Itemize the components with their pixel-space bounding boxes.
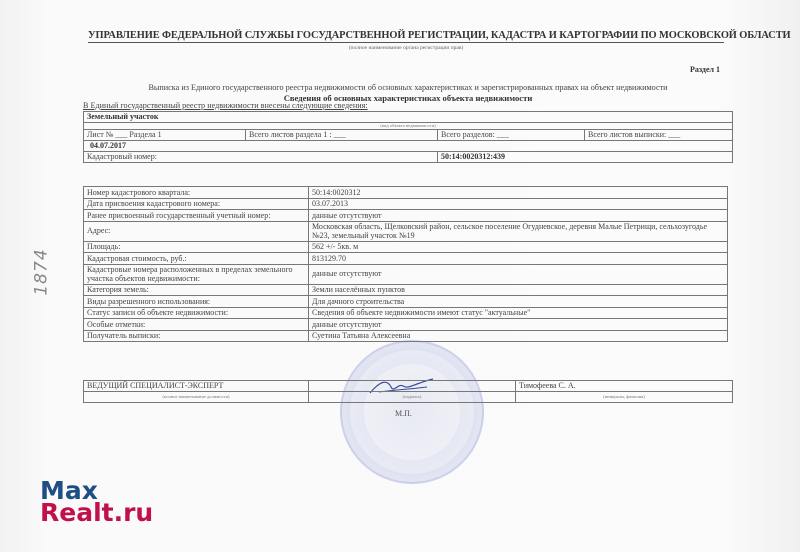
table-row: Дата присвоения кадастрового номера:03.0…: [84, 198, 728, 210]
signature-table: ВЕДУЩИЙ СПЕЦИАЛИСТ-ЭКСПЕРТ Тимофеева С. …: [83, 380, 733, 403]
row-label: Номер кадастрового квартала:: [84, 187, 309, 199]
row-value: Сведения об объекте недвижимости имеют с…: [309, 307, 728, 319]
cadastral-number: 50:14:0020312:439: [438, 152, 733, 163]
intro-text: В Единый государственный реестр недвижим…: [83, 101, 368, 110]
sheet-no: Лист № ___ Раздела 1: [84, 130, 246, 141]
row-value: 50:14:0020312: [309, 187, 728, 199]
row-label: Кадастровая стоимость, руб.:: [84, 253, 309, 265]
table-row: Особые отметки:данные отсутствуют: [84, 319, 728, 331]
row-label: Категория земель:: [84, 284, 309, 296]
section-label: Раздел 1: [690, 65, 720, 74]
row-value: Для дачного строительства: [309, 296, 728, 308]
row-value: данные отсутствуют: [309, 264, 728, 284]
row-label: Статус записи об объекте недвижимости:: [84, 307, 309, 319]
position-caption: (полное наименование должности): [84, 392, 309, 403]
characteristics-table: Номер кадастрового квартала:50:14:002031…: [83, 186, 728, 342]
row-value: 03.07.2013: [309, 198, 728, 210]
total-sections: Всего разделов: ___: [438, 130, 585, 141]
extract-title: Выписка из Единого государственного реес…: [88, 83, 728, 92]
row-value: данные отсутствуют: [309, 210, 728, 222]
row-label: Кадастровые номера расположенных в преде…: [84, 264, 309, 284]
table-row: Ранее присвоенный государственный учетны…: [84, 210, 728, 222]
official-stamp: [340, 340, 484, 484]
sheets-in-section: Всего листов раздела 1 : ___: [246, 130, 438, 141]
cadastral-label: Кадастровый номер:: [84, 152, 438, 163]
watermark-logo: Max Realt.ru: [40, 480, 153, 524]
row-label: Ранее присвоенный государственный учетны…: [84, 210, 309, 222]
row-value: 813129.70: [309, 253, 728, 265]
signature-caption: (подпись): [309, 392, 516, 403]
table-row: Адрес:Московская область, Щелковский рай…: [84, 221, 728, 241]
row-value: Земли населённых пунктов: [309, 284, 728, 296]
table-row: Статус записи об объекте недвижимости:Св…: [84, 307, 728, 319]
document-page: УПРАВЛЕНИЕ ФЕДЕРАЛЬНОЙ СЛУЖБЫ ГОСУДАРСТВ…: [0, 0, 800, 552]
row-label: Получатель выписки:: [84, 330, 309, 342]
official-name: Тимофеева С. А.: [516, 381, 733, 392]
table-row: Кадастровая стоимость, руб.:813129.70: [84, 253, 728, 265]
table-row: Номер кадастрового квартала:50:14:002031…: [84, 187, 728, 199]
row-value: 562 +/- 5кв. м: [309, 241, 728, 253]
handwritten-number: 1874: [32, 248, 52, 295]
total-sheets: Всего листов выписки: ___: [585, 130, 733, 141]
org-caption: (полное наименование органа регистрации …: [88, 45, 724, 51]
watermark-line2: Realt.ru: [40, 502, 153, 524]
row-value: данные отсутствуют: [309, 319, 728, 331]
header-table: Земельный участок (вид объекта недвижимо…: [83, 111, 733, 163]
signature-cell: [309, 381, 516, 392]
name-caption: (инициалы, фамилия): [516, 392, 733, 403]
row-label: Особые отметки:: [84, 319, 309, 331]
table-row: Категория земель:Земли населённых пункто…: [84, 284, 728, 296]
row-value: Московская область, Щелковский район, се…: [309, 221, 728, 241]
object-type: Земельный участок: [84, 112, 733, 123]
row-value: Суетина Татьяна Алексеевна: [309, 330, 728, 342]
table-row: Площадь:562 +/- 5кв. м: [84, 241, 728, 253]
stamp-label: М.П.: [395, 409, 412, 418]
official-position: ВЕДУЩИЙ СПЕЦИАЛИСТ-ЭКСПЕРТ: [84, 381, 309, 392]
row-label: Виды разрешенного использования:: [84, 296, 309, 308]
table-row: Виды разрешенного использования:Для дачн…: [84, 296, 728, 308]
row-label: Дата присвоения кадастрового номера:: [84, 198, 309, 210]
org-title: УПРАВЛЕНИЕ ФЕДЕРАЛЬНОЙ СЛУЖБЫ ГОСУДАРСТВ…: [88, 30, 724, 43]
row-label: Адрес:: [84, 221, 309, 241]
extract-date: 04.07.2017: [84, 141, 733, 152]
row-label: Площадь:: [84, 241, 309, 253]
table-row: Кадастровые номера расположенных в преде…: [84, 264, 728, 284]
object-type-caption: (вид объекта недвижимости): [84, 123, 733, 130]
